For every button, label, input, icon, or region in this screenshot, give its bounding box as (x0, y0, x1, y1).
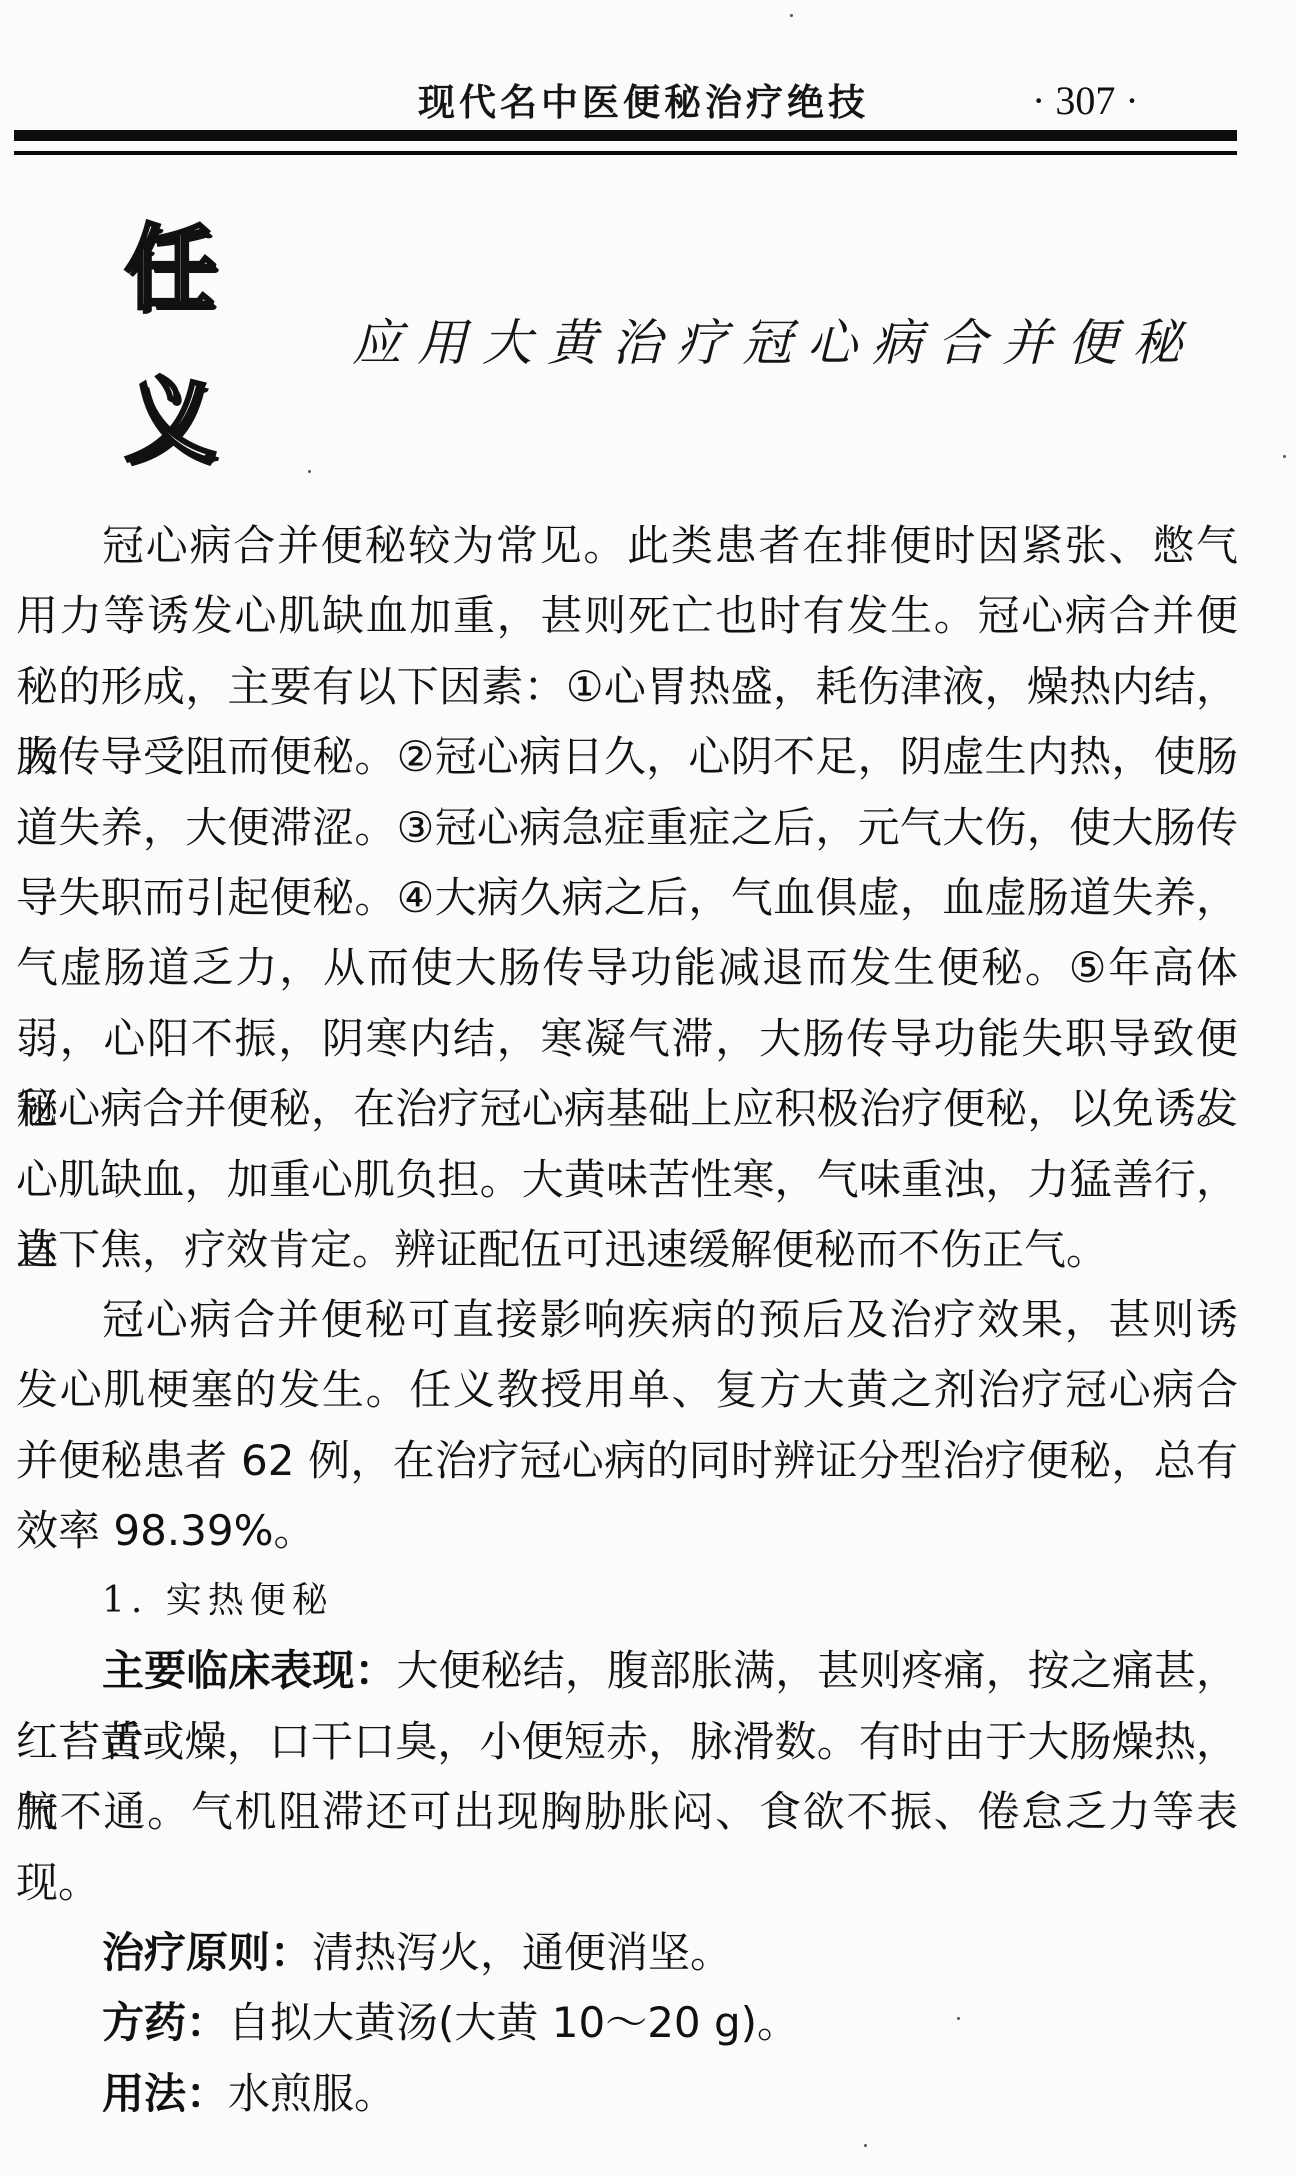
text-line: 用力等诱发心肌缺血加重，甚则死亡也时有发生。冠心病合并便 (16, 581, 1238, 651)
author-name-char-2: 义 (108, 370, 233, 470)
page-number: · 307 · (1032, 78, 1139, 124)
scan-speck (864, 2144, 867, 2147)
usage-line: 用法：水煎服。 (16, 2059, 1238, 2129)
symptoms-line: 主要临床表现：大便秘结，腹部胀满，甚则疼痛，按之痛甚，舌 (16, 1636, 1238, 1706)
text-line: 发心肌梗塞的发生。任义教授用单、复方大黄之剂治疗冠心病合 (16, 1355, 1238, 1425)
treatment-principle-line: 治疗原则：清热泻火，通便消坚。 (16, 1918, 1238, 1988)
article-title: 应用大黄治疗冠心病合并便秘 (352, 312, 1197, 374)
usage-text: 水煎服。 (228, 2069, 396, 2118)
scan-speck (957, 2017, 960, 2020)
section-heading: 1. 实热便秘 (16, 1566, 1238, 1636)
text-line: 肠传导受阻而便秘。②冠心病日久，心阴不足，阴虚生内热，使肠 (16, 722, 1238, 792)
scan-speck (790, 14, 793, 17)
scan-speck (308, 470, 311, 473)
symptoms-label: 主要临床表现： (102, 1646, 397, 1695)
paragraph-1: 冠心病合并便秘较为常见。此类患者在排便时因紧张、憋气 用力等诱发心肌缺血加重，甚… (16, 511, 1238, 1285)
paragraph-2: 冠心病合并便秘可直接影响疾病的预后及治疗效果，甚则诱 发心肌梗塞的发生。任义教授… (16, 1285, 1238, 1567)
text-line: 弱，心阳不振，阴寒内结，寒凝气滞，大肠传导功能失职导致便秘。 (16, 1004, 1238, 1074)
text-line: 冠心病合并便秘，在治疗冠心病基础上应积极治疗便秘，以免诱发 (16, 1074, 1238, 1144)
text-line: 导失职而引起便秘。④大病久病之后，气血俱虚，血虚肠道失养， (16, 863, 1238, 933)
text-line: 道失养，大便滞涩。③冠心病急症重症之后，元气大伤，使大肠传 (16, 793, 1238, 863)
formula-text: 自拟大黄汤(大黄 10～20 g)。 (228, 1998, 799, 2047)
formula-label: 方药： (102, 1998, 228, 2047)
principle-label: 治疗原则： (102, 1928, 312, 1977)
usage-label: 用法： (102, 2069, 228, 2118)
header-rule-thick (14, 130, 1237, 141)
text-line: 达下焦，疗效肯定。辨证配伍可迅速缓解便秘而不伤正气。 (16, 1215, 1238, 1285)
formula-line: 方药：自拟大黄汤(大黄 10～20 g)。 (16, 1988, 1238, 2058)
text-line: 效率 98.39%。 (16, 1496, 1238, 1566)
section-shire-constipation: 1. 实热便秘 主要临床表现：大便秘结，腹部胀满，甚则疼痛，按之痛甚，舌 红苔黄… (16, 1566, 1238, 2129)
text-line: 冠心病合并便秘可直接影响疾病的预后及治疗效果，甚则诱 (16, 1285, 1238, 1355)
header-rule-thin (14, 151, 1237, 155)
text-line: 红苔黄或燥，口干口臭，小便短赤，脉滑数。有时由于大肠燥热，腑 (16, 1707, 1238, 1777)
text-line: 现。 (16, 1848, 1238, 1918)
scan-speck (1283, 455, 1286, 458)
text-line: 冠心病合并便秘较为常见。此类患者在排便时因紧张、憋气 (16, 511, 1238, 581)
text-line: 气虚肠道乏力，从而使大肠传导功能减退而发生便秘。⑤年高体 (16, 933, 1238, 1003)
text-line: 气不通。气机阻滞还可出现胸胁胀闷、食欲不振、倦怠乏力等表 (16, 1777, 1238, 1847)
text-line: 秘的形成，主要有以下因素：①心胃热盛，耗伤津液，燥热内结，大 (16, 652, 1238, 722)
running-header-title: 现代名中医便秘治疗绝技 (418, 80, 869, 126)
text-line: 心肌缺血，加重心肌负担。大黄味苦性寒，气味重浊，力猛善行，直 (16, 1145, 1238, 1215)
author-name-char-1: 任 (108, 218, 233, 318)
principle-text: 清热泻火，通便消坚。 (312, 1928, 732, 1977)
text-line: 并便秘患者 62 例，在治疗冠心病的同时辨证分型治疗便秘，总有 (16, 1426, 1238, 1496)
